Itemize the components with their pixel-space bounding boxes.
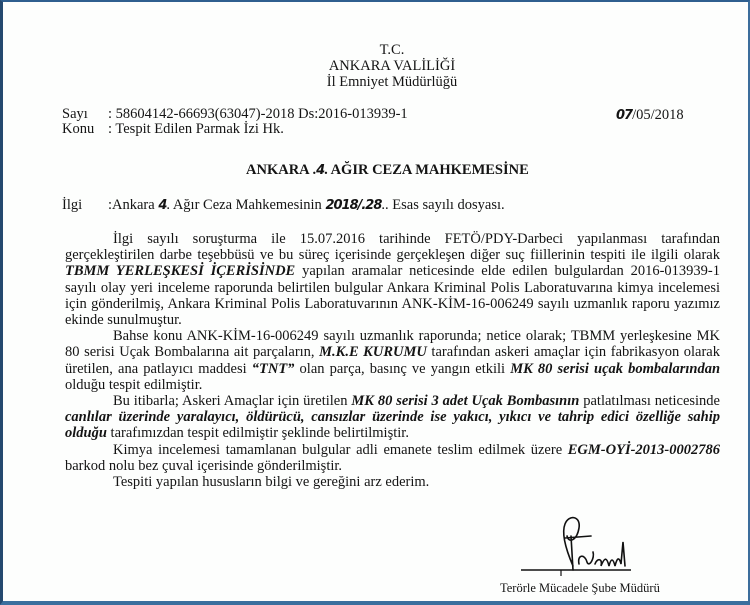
document-meta: Sayı : 58604142-66693(63047)-2018 Ds:201…	[62, 107, 408, 137]
letterhead-directorate: İl Emniyet Müdürlüğü	[31, 74, 750, 90]
emphasized-text: EGM-OYİ-2013-0002786	[568, 442, 720, 458]
letter-body: İlgi sayılı soruşturma ile 15.07.2016 ta…	[65, 231, 720, 490]
sayi-label: Sayı	[62, 107, 108, 122]
reference-line: İlgi:Ankara 4. Ağır Ceza Mahkemesinin 20…	[62, 197, 505, 214]
handwritten-court-number: 4	[316, 163, 324, 178]
date-rest: /05/2018	[632, 107, 684, 123]
ilgi-middle: . Ağır Ceza Mahkemesinin	[166, 197, 325, 213]
paragraph-5: Tespiti yapılan hususların bilgi ve gere…	[65, 474, 720, 490]
emphasized-text: TBMM YERLEŞKESİ İÇERİSİNDE	[65, 263, 295, 279]
body-text: Bu itibarla; Askeri Amaçlar için üretile…	[113, 393, 351, 409]
signatory-title: Terörle Mücadele Şube Müdürü	[500, 581, 660, 596]
emphasized-text: “TNT”	[252, 361, 295, 377]
sayi-value: : 58604142-66693(63047)-2018 Ds:2016-013…	[108, 107, 408, 122]
paragraph-4: Kimya incelemesi tamamlanan bulgular adl…	[65, 442, 720, 474]
court-addressee: ANKARA .4. AĞIR CEZA MAHKEMESİNE	[246, 162, 529, 179]
paragraph-1: İlgi sayılı soruşturma ile 15.07.2016 ta…	[65, 231, 720, 328]
ilgi-label: İlgi	[62, 197, 108, 214]
sayi-row: Sayı : 58604142-66693(63047)-2018 Ds:201…	[62, 107, 408, 122]
body-text: barkod nolu bez çuval içerisinde gönderi…	[65, 458, 342, 474]
handwritten-case-number: 2018/.28	[325, 198, 381, 213]
emphasized-text: MK 80 serisi uçak bombalarından	[510, 361, 720, 377]
konu-row: Konu : Tespit Edilen Parmak İzi Hk.	[62, 122, 408, 137]
body-text: olan parça, basınç ve yangın etkili	[294, 361, 510, 377]
konu-value: : Tespit Edilen Parmak İzi Hk.	[108, 122, 284, 137]
signature-mark	[521, 514, 661, 576]
body-text: İlgi sayılı soruşturma ile 15.07.2016 ta…	[65, 231, 720, 263]
document-date: 07/05/2018	[616, 107, 684, 124]
ilgi-prefix: :Ankara	[108, 197, 158, 213]
emphasized-text: MK 80 serisi 3 adet Uçak Bombasının	[351, 393, 579, 409]
letterhead-state: T.C.	[31, 42, 750, 58]
letterhead-governorship: ANKARA VALİLİĞİ	[31, 58, 750, 74]
paragraph-2: Bahse konu ANK-KİM-16-006249 sayılı uzma…	[65, 328, 720, 393]
paragraph-3: Bu itibarla; Askeri Amaçlar için üretile…	[65, 393, 720, 442]
court-prefix: ANKARA .	[246, 162, 316, 178]
body-text: tarafımızdan tespit edilmiştir şeklinde …	[107, 425, 409, 441]
body-text: olduğu tespit edilmiştir.	[65, 377, 202, 393]
body-text: Kimya incelemesi tamamlanan bulgular adl…	[113, 442, 568, 458]
body-text: patlatılması neticesinde	[579, 393, 720, 409]
letterhead: T.C. ANKARA VALİLİĞİ İl Emniyet Müdürlüğ…	[3, 42, 750, 90]
emphasized-text: M.K.E KURUMU	[319, 344, 427, 360]
ilgi-suffix: .. Esas sayılı dosyası.	[381, 197, 504, 213]
konu-label: Konu	[62, 122, 108, 137]
document-page: T.C. ANKARA VALİLİĞİ İl Emniyet Müdürlüğ…	[0, 0, 750, 605]
court-suffix: . AĞIR CEZA MAHKEMESİNE	[324, 162, 529, 178]
handwritten-day: 07	[616, 108, 632, 123]
body-text: Tespiti yapılan hususların bilgi ve gere…	[113, 474, 429, 490]
